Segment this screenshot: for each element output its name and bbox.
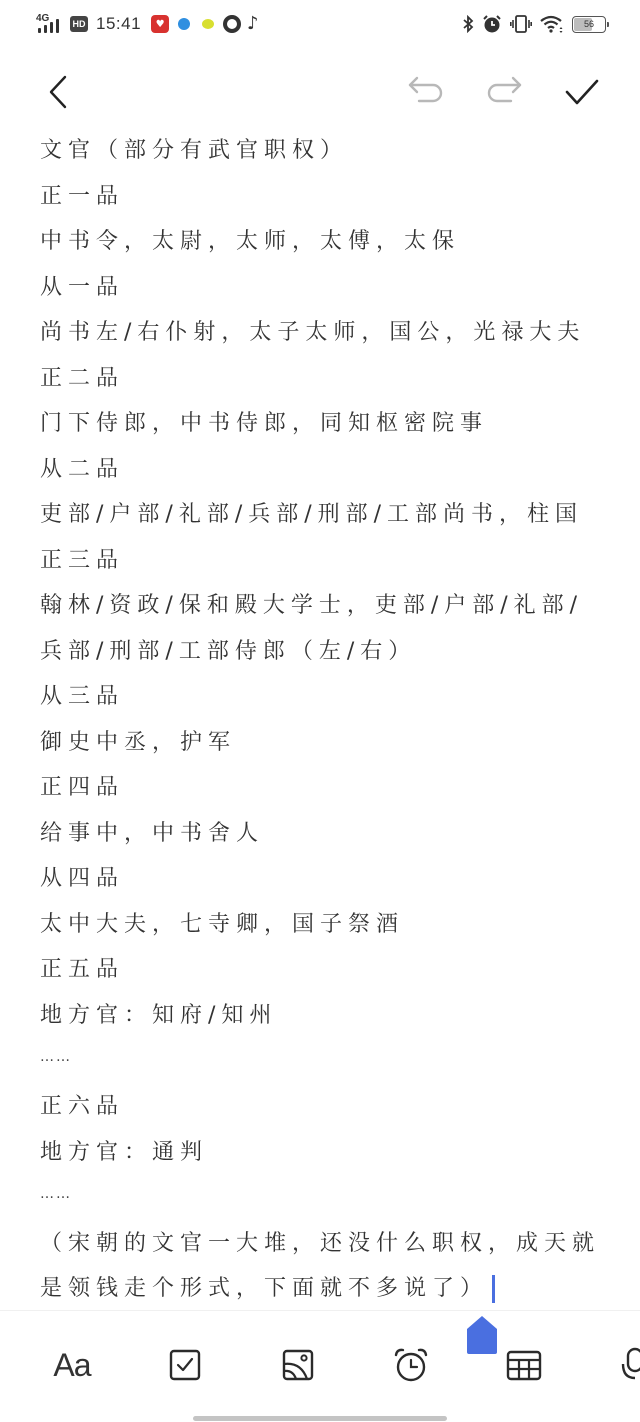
- home-indicator[interactable]: [193, 1416, 447, 1421]
- clock: 15:41: [96, 14, 141, 34]
- ellipsis-line: ……: [40, 1042, 72, 1072]
- image-icon: [281, 1348, 315, 1382]
- insert-table-button[interactable]: [502, 1343, 546, 1387]
- alarm-icon: [482, 14, 502, 34]
- status-bar: 4G HD 15:41 ♥ ♪ 56: [0, 0, 640, 48]
- status-bar-left: 4G HD 15:41 ♥ ♪: [36, 12, 259, 36]
- battery-level: 56: [574, 18, 604, 30]
- alarm-reminder-icon: [392, 1346, 430, 1384]
- note-line: 从二品: [40, 455, 124, 485]
- back-button[interactable]: [38, 70, 78, 114]
- note-line: （宋朝的文官一大堆，还没什么职权，成天就: [40, 1229, 600, 1259]
- note-line: 门下侍郎，中书侍郎，同知枢密院事: [40, 409, 488, 439]
- checkmark-icon: [564, 77, 600, 107]
- note-line: 吏部/户部/礼部/兵部/刑部/工部尚书，柱国: [40, 500, 583, 530]
- text-cursor: [492, 1275, 495, 1303]
- q-app-icon: [223, 15, 241, 33]
- text-format-icon: Aa: [53, 1347, 90, 1384]
- tiktok-app-icon: ♪: [247, 15, 259, 33]
- note-line: 正五品: [40, 955, 124, 985]
- hd-voice-icon: HD: [70, 16, 88, 32]
- note-line: 正四品: [40, 773, 124, 803]
- note-line: 翰林/资政/保和殿大学士，吏部/户部/礼部/: [40, 591, 583, 621]
- network-type: 4G: [36, 13, 49, 24]
- note-line-text: 是领钱走个形式，下面就不多说了）: [40, 1276, 488, 1301]
- done-button[interactable]: [562, 70, 602, 114]
- note-line: 兵部/刑部/工部侍郎（左/右）: [40, 637, 416, 667]
- reminder-button[interactable]: [389, 1343, 433, 1387]
- note-line: 太中大夫，七寺卿，国子祭酒: [40, 910, 404, 940]
- undo-icon: [407, 76, 445, 108]
- vibrate-icon: [510, 14, 532, 34]
- note-line: 正一品: [40, 182, 124, 212]
- cellular-signal-icon: 4G: [36, 13, 64, 35]
- checklist-button[interactable]: [163, 1343, 207, 1387]
- bottom-toolbar: Aa: [0, 1310, 640, 1422]
- battery-icon: 56: [572, 16, 606, 33]
- note-line: 御史中丞，护军: [40, 728, 236, 758]
- bluetooth-icon: [462, 15, 474, 33]
- wifi-icon: [540, 14, 564, 34]
- microphone-icon: [620, 1346, 640, 1384]
- ellipsis-line: ……: [40, 1179, 72, 1209]
- undo-button[interactable]: [406, 70, 446, 114]
- note-line: 地方官：通判: [40, 1138, 208, 1168]
- blue-bubble-app-icon: [175, 15, 193, 33]
- editor-toolbar: [0, 62, 640, 122]
- checkbox-icon: [168, 1348, 202, 1382]
- note-line-last: 是领钱走个形式，下面就不多说了）: [40, 1274, 495, 1304]
- status-bar-right: 56: [462, 12, 606, 36]
- note-line: 从一品: [40, 273, 124, 303]
- caret-drag-handle[interactable]: [466, 1315, 498, 1355]
- voice-input-button[interactable]: [612, 1343, 640, 1387]
- note-line: 正二品: [40, 364, 124, 394]
- note-line: 给事中，中书舍人: [40, 819, 264, 849]
- note-editor[interactable]: 文官（部分有武官职权） 正一品 中书令，太尉，太师，太傅，太保 从一品 尚书左/…: [0, 128, 640, 1310]
- table-icon: [505, 1348, 543, 1382]
- note-line: 中书令，太尉，太师，太傅，太保: [40, 227, 460, 257]
- heart-app-icon: ♥: [151, 15, 169, 33]
- note-line: 地方官：知府/知州: [40, 1001, 277, 1031]
- insert-image-button[interactable]: [276, 1343, 320, 1387]
- note-line: 正六品: [40, 1092, 124, 1122]
- note-line: 文官（部分有武官职权）: [40, 136, 348, 166]
- text-format-button[interactable]: Aa: [50, 1343, 94, 1387]
- chevron-left-icon: [47, 74, 69, 110]
- redo-button[interactable]: [484, 70, 524, 114]
- yellow-chick-app-icon: [199, 15, 217, 33]
- note-line: 尚书左/右仆射，太子太师，国公，光禄大夫: [40, 318, 585, 348]
- note-line: 从四品: [40, 864, 124, 894]
- note-line: 从三品: [40, 682, 124, 712]
- note-line: 正三品: [40, 546, 124, 576]
- redo-icon: [485, 76, 523, 108]
